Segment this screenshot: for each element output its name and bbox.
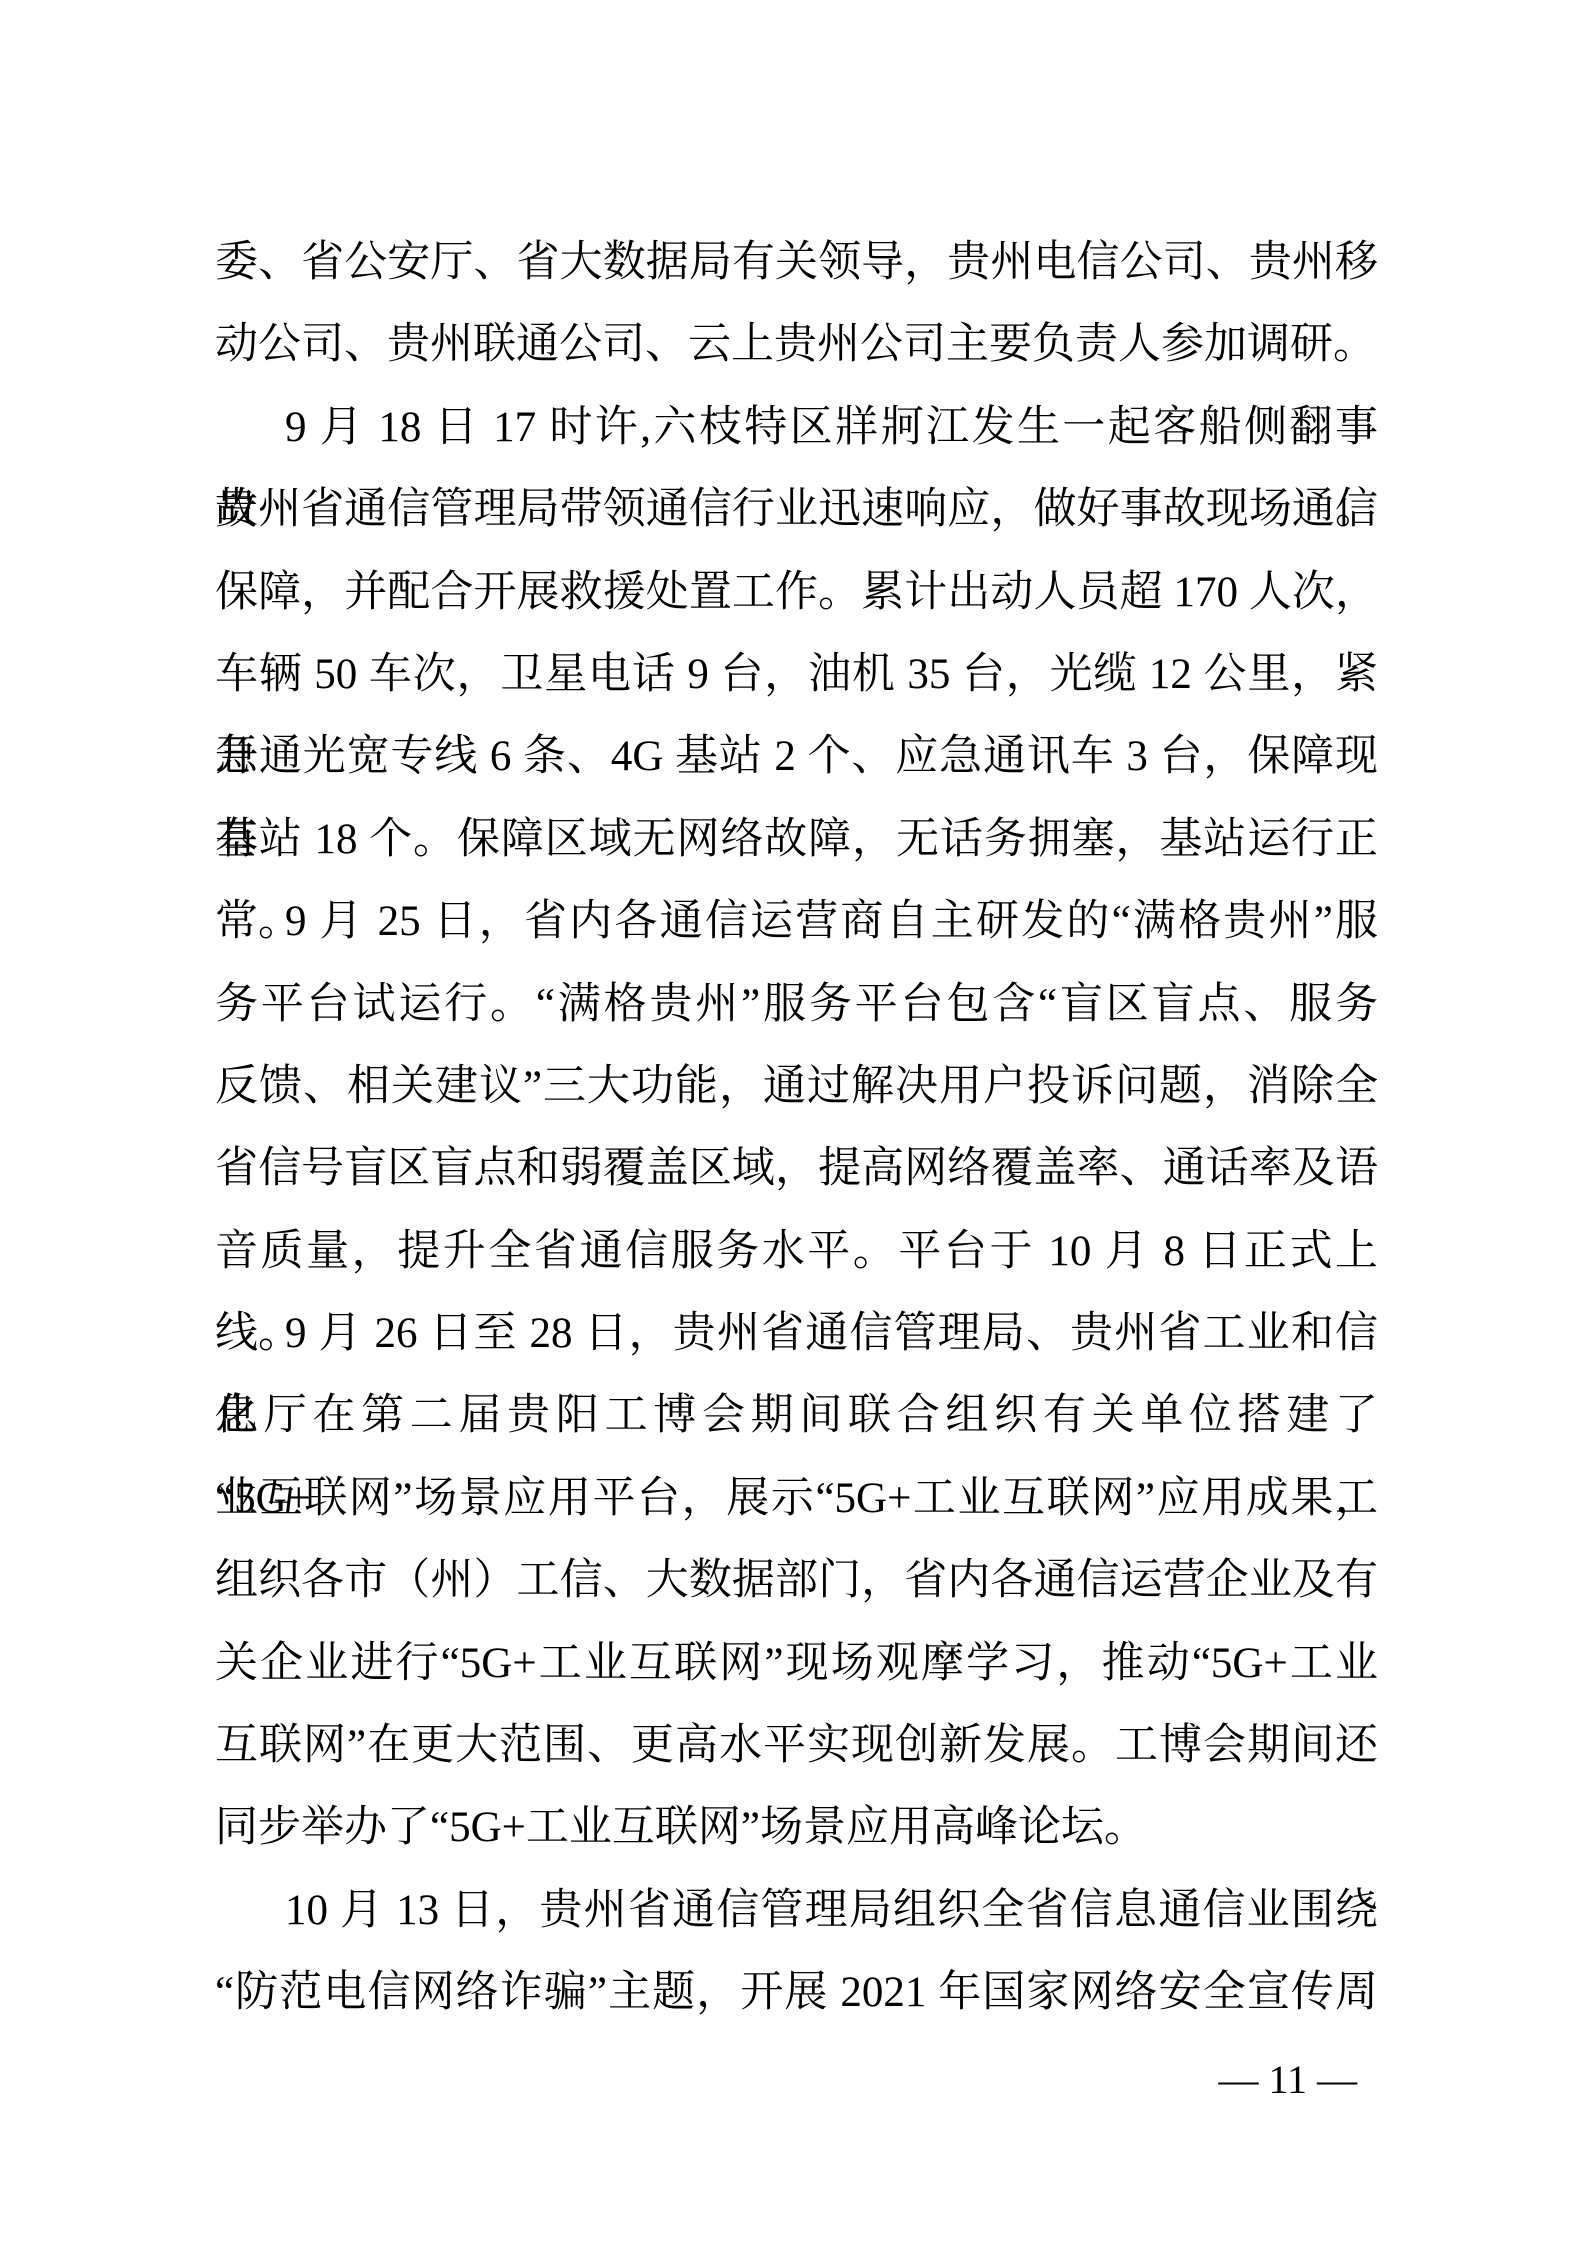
text-line: 关企业进行“5G+工业互联网”现场观摩学习，推动“5G+工业 [215,1623,1378,1705]
text-line: 省信号盲区盲点和弱覆盖区域，提高网络覆盖率、通话率及语 [215,1128,1378,1210]
text-line: 化厅在第二届贵阳工博会期间联合组织有关单位搭建了“5G+工 [215,1375,1378,1457]
text-line: 业互联网”场景应用平台，展示“5G+工业互联网”应用成果， [215,1458,1378,1540]
text-line: 9 月 26 日至 28 日，贵州省通信管理局、贵州省工业和信息 [215,1293,1378,1375]
text-line: 同步举办了“5G+工业互联网”场景应用高峰论坛。 [215,1787,1378,1869]
document-page: { "document": { "language": "zh-CN", "te… [0,0,1587,2245]
text-line: 9 月 25 日，省内各通信运营商自主研发的“满格贵州”服 [215,881,1378,963]
text-line: 反馈、相关建议”三大功能，通过解决用户投诉问题，消除全 [215,1046,1378,1128]
text-line: 9 月 18 日 17 时许,六枝特区牂牁江发生一起客船侧翻事故。 [215,387,1378,469]
text-line: 开通光宽专线 6 条、4G 基站 2 个、应急通讯车 3 台，保障现有 [215,716,1378,798]
text-line: 委、省公安厅、省大数据局有关领导，贵州电信公司、贵州移 [215,222,1378,304]
text-line: 10 月 13 日，贵州省通信管理局组织全省信息通信业围绕 [215,1870,1378,1952]
page-number: — 11 — [1218,2056,1357,2104]
text-line: 务平台试运行。“满格贵州”服务平台包含“盲区盲点、服务 [215,964,1378,1046]
text-line: 动公司、贵州联通公司、云上贵州公司主要负责人参加调研。 [215,304,1378,386]
text-line: 互联网”在更大范围、更高水平实现创新发展。工博会期间还 [215,1705,1378,1787]
text-line: 贵州省通信管理局带领通信行业迅速响应，做好事故现场通信 [215,469,1378,551]
text-line: 基站 18 个。保障区域无网络故障，无话务拥塞，基站运行正常。 [215,799,1378,881]
text-line: 保障，并配合开展救援处置工作。累计出动人员超 170 人次， [215,552,1378,634]
text-line: 组织各市（州）工信、大数据部门，省内各通信运营企业及有 [215,1540,1378,1622]
body-text: 委、省公安厅、省大数据局有关领导，贵州电信公司、贵州移动公司、贵州联通公司、云上… [215,222,1378,2035]
text-line: 音质量，提升全省通信服务水平。平台于 10 月 8 日正式上线。 [215,1211,1378,1293]
text-line: 车辆 50 车次，卫星电话 9 台，油机 35 台，光缆 12 公里，紧急 [215,634,1378,716]
text-line: “防范电信网络诈骗”主题，开展 2021 年国家网络安全宣传周 [215,1952,1378,2034]
page: 委、省公安厅、省大数据局有关领导，贵州电信公司、贵州移动公司、贵州联通公司、云上… [0,0,1587,2245]
